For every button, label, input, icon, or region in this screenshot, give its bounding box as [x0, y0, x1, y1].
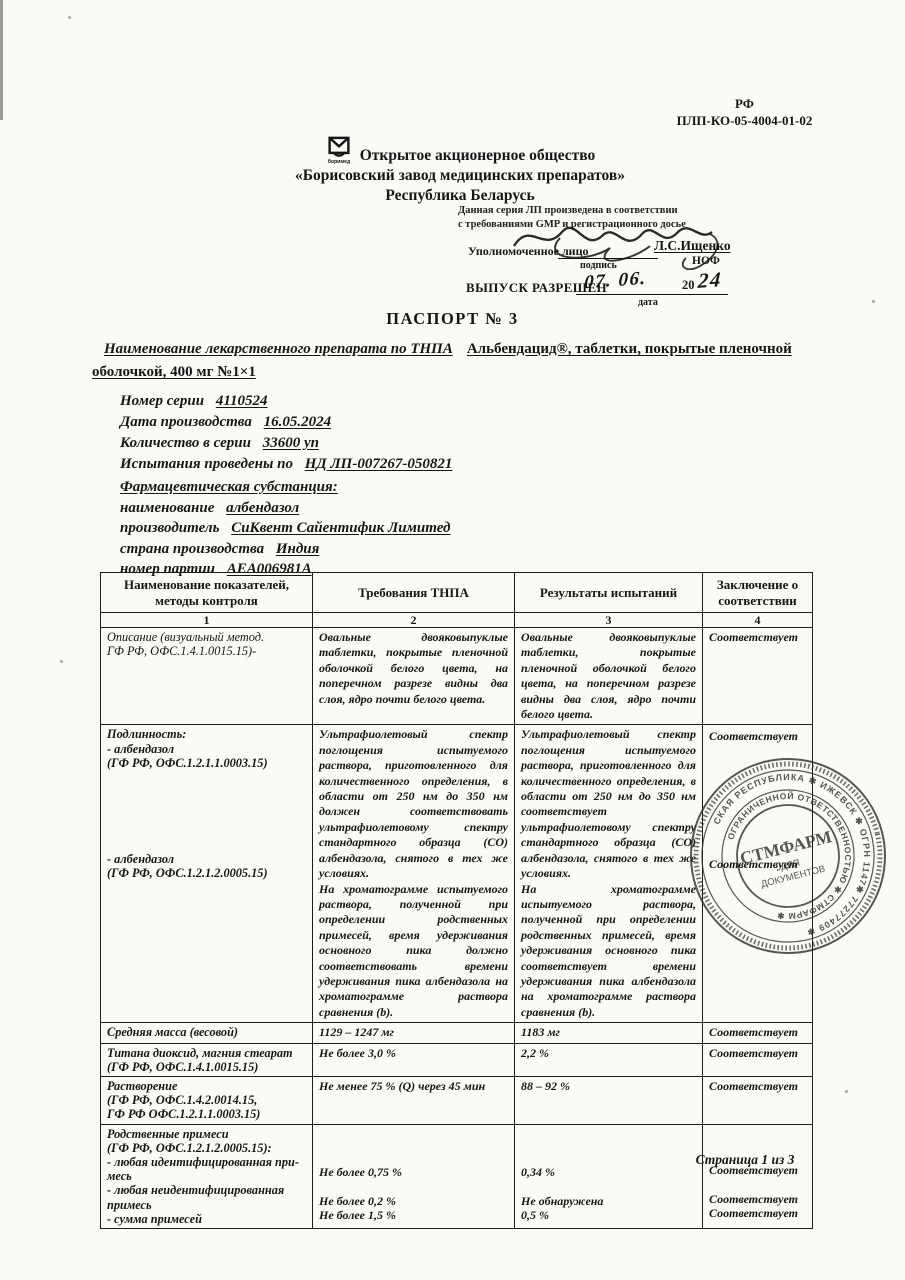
titanium-conclusion: Соответствует — [703, 1043, 813, 1076]
identity-requirement-cell: Ультрафиолетовый спектр поглощения испыт… — [313, 725, 515, 1023]
dissolution-name: Растворение (ГФ РФ, ОФС.1.4.2.0014.15, Г… — [101, 1076, 313, 1124]
substance-name-row: наименование албендазол — [120, 498, 450, 519]
signer-role: НОФ — [692, 255, 720, 267]
description-result: Овальные двояковыпуклые таблетки, покрыт… — [515, 628, 703, 725]
impurities-requirement-cell: Не более 0,75 % Не более 0,2 % Не более … — [313, 1124, 515, 1228]
col-number-3: 3 — [515, 613, 703, 628]
header-indicators: Наименование показателей, методы контрол… — [101, 573, 313, 613]
avg-mass-conclusion: Соответствует — [703, 1023, 813, 1043]
substance-heading: Фармацевтическая субстанция: — [120, 477, 450, 498]
product-name-label: Наименование лекарственного препарата по… — [104, 341, 453, 357]
impurities-req-identified: Не более 0,75 % — [319, 1165, 402, 1180]
impurities-res-sum: 0,5 % — [521, 1208, 549, 1223]
impurities-con-unidentified: Соответствует — [709, 1192, 798, 1206]
description-requirement: Овальные двояковыпуклые таблетки, покрыт… — [313, 628, 515, 725]
impurities-res-identified: 0,34 % — [521, 1165, 555, 1180]
identity-result-cell: Ультрафиолетовый спектр поглощения испыт… — [515, 725, 703, 1023]
description-conclusion: Соответствует — [703, 628, 813, 725]
signer-name: Л.С.Ищенко — [654, 238, 731, 254]
tests-standard-value: НД ЛП-007267-050821 — [305, 456, 453, 472]
production-date-row: Дата производства 16.05.2024 — [120, 412, 452, 433]
release-year-printed: 20 — [682, 278, 695, 293]
org-country: Республика Беларусь — [225, 186, 695, 206]
document-code: РФ ПЛП-КО-05-4004-01-02 — [652, 95, 837, 129]
scan-speckle — [60, 660, 63, 663]
row-identity: Подлинность: - албендазол (ГФ РФ, ОФС.1.… — [101, 725, 813, 1023]
row-dissolution: Растворение (ГФ РФ, ОФС.1.4.2.0014.15, Г… — [101, 1076, 813, 1124]
batch-quantity-label: Количество в серии — [120, 435, 251, 451]
description-name: Описание (визуальный метод. ГФ РФ, ОФС.1… — [101, 628, 313, 725]
substance-name-label: наименование — [120, 500, 214, 516]
impurities-result-cell: 0,34 % Не обнаружена 0,5 % — [515, 1124, 703, 1228]
document-code-number: ПЛП-КО-05-4004-01-02 — [652, 112, 837, 129]
avg-mass-result: 1183 мг — [515, 1023, 703, 1043]
identity-requirement-hplc: На хроматограмме испытуемого раствора, п… — [319, 882, 508, 1021]
col-number-4: 4 — [703, 613, 813, 628]
titanium-requirement: Не более 3,0 % — [313, 1043, 515, 1076]
passport-title: ПАСПОРТ № 3 — [0, 309, 905, 329]
identity-name-uv: Подлинность: - албендазол (ГФ РФ, ОФС.1.… — [107, 727, 306, 770]
identity-conclusion-cell: Соответствует Соответствует — [703, 725, 813, 1023]
avg-mass-name: Средняя масса (весовой) — [101, 1023, 313, 1043]
scan-speckle — [872, 300, 875, 303]
batch-number-label: Номер серии — [120, 393, 204, 409]
substance-country-row: страна производства Индия — [120, 539, 450, 560]
table-header-row: Наименование показателей, методы контрол… — [101, 573, 813, 613]
borimed-logo-icon: боримед — [325, 136, 353, 166]
org-type: Открытое акционерное общество — [360, 146, 596, 166]
date-caption: дата — [638, 297, 658, 308]
series-info: Номер серии 4110524 Дата производства 16… — [120, 391, 452, 475]
impurities-con-sum: Соответствует — [709, 1206, 798, 1220]
substance-section: Фармацевтическая субстанция: наименовани… — [120, 477, 450, 580]
page-number: Страница 1 из 3 — [640, 1152, 850, 1168]
scan-speckle — [68, 16, 71, 19]
row-description: Описание (визуальный метод. ГФ РФ, ОФС.1… — [101, 628, 813, 725]
batch-number-value: 4110524 — [216, 393, 268, 409]
impurities-name: Родственные примеси (ГФ РФ, ОФС.1.2.1.2.… — [101, 1124, 313, 1228]
impurities-req-sum: Не более 1,5 % — [319, 1208, 396, 1223]
impurities-conclusion-cell: Соответствует Соответствует Соответствуе… — [703, 1124, 813, 1228]
column-number-row: 1 2 3 4 — [101, 613, 813, 628]
release-block: Данная серия ЛП произведена в соответств… — [440, 204, 830, 314]
identity-result-uv: Ультрафиолетовый спектр поглощения испыт… — [521, 727, 696, 881]
tests-standard-row: Испытания проведены по НД ЛП-007267-0508… — [120, 454, 452, 475]
identity-name-cell: Подлинность: - албендазол (ГФ РФ, ОФС.1.… — [101, 725, 313, 1023]
document-code-country: РФ — [652, 95, 837, 112]
substance-country-value: Индия — [276, 541, 320, 557]
dissolution-conclusion: Соответствует — [703, 1076, 813, 1124]
identity-conclusion-uv: Соответствует — [709, 729, 798, 743]
substance-manufacturer-row: производитель СиКвент Сайентифик Лимитед — [120, 518, 450, 539]
substance-manufacturer-label: производитель — [120, 520, 219, 536]
product-name-line: Наименование лекарственного препарата по… — [92, 338, 822, 384]
company-header-line1: боримед Открытое акционерное общество — [225, 136, 695, 166]
substance-name-value: албендазол — [226, 500, 299, 516]
row-titanium: Титана диоксид, магния стеарат (ГФ РФ, О… — [101, 1043, 813, 1076]
release-date-handwritten: 07. 06. — [583, 268, 647, 295]
scanned-passport-page: РФ ПЛП-КО-05-4004-01-02 боримед Открытое… — [0, 0, 905, 1280]
batch-number-row: Номер серии 4110524 — [120, 391, 452, 412]
production-date-label: Дата производства — [120, 414, 252, 430]
header-conclusion: Заключение о соответствии — [703, 573, 813, 613]
col-number-2: 2 — [313, 613, 515, 628]
identity-conclusion-hplc: Соответствует — [709, 857, 798, 871]
identity-name-hplc: - албендазол (ГФ РФ, ОФС.1.2.1.2.0005.15… — [107, 852, 306, 880]
row-average-mass: Средняя масса (весовой) 1129 – 1247 мг 1… — [101, 1023, 813, 1043]
dissolution-requirement: Не менее 75 % (Q) через 45 мин — [313, 1076, 515, 1124]
identity-result-hplc: На хроматограмме испытуемого раствора, п… — [521, 882, 696, 1021]
col-number-1: 1 — [101, 613, 313, 628]
header-requirements: Требования ТНПА — [313, 573, 515, 613]
substance-country-label: страна производства — [120, 541, 264, 557]
org-name: «Борисовский завод медицинских препарато… — [225, 166, 695, 186]
substance-manufacturer-value: СиКвент Сайентифик Лимитед — [231, 520, 450, 536]
qc-results-table: Наименование показателей, методы контрол… — [100, 572, 813, 1229]
company-header: боримед Открытое акционерное общество «Б… — [225, 136, 695, 206]
row-impurities: Родственные примеси (ГФ РФ, ОФС.1.2.1.2.… — [101, 1124, 813, 1228]
release-date-field: 07. 06. 20 24 — [576, 274, 728, 295]
release-year-handwritten: 24 — [697, 267, 722, 294]
tests-standard-label: Испытания проведены по — [120, 456, 293, 472]
titanium-result: 2,2 % — [515, 1043, 703, 1076]
svg-text:боримед: боримед — [327, 158, 350, 165]
avg-mass-requirement: 1129 – 1247 мг — [313, 1023, 515, 1043]
batch-quantity-row: Количество в серии 33600 уп — [120, 433, 452, 454]
header-results: Результаты испытаний — [515, 573, 703, 613]
dissolution-result: 88 – 92 % — [515, 1076, 703, 1124]
batch-quantity-value: 33600 уп — [263, 435, 319, 451]
titanium-name: Титана диоксид, магния стеарат (ГФ РФ, О… — [101, 1043, 313, 1076]
scan-speckle — [845, 1090, 848, 1093]
production-date-value: 16.05.2024 — [264, 414, 332, 430]
identity-requirement-uv: Ультрафиолетовый спектр поглощения испыт… — [319, 727, 508, 881]
